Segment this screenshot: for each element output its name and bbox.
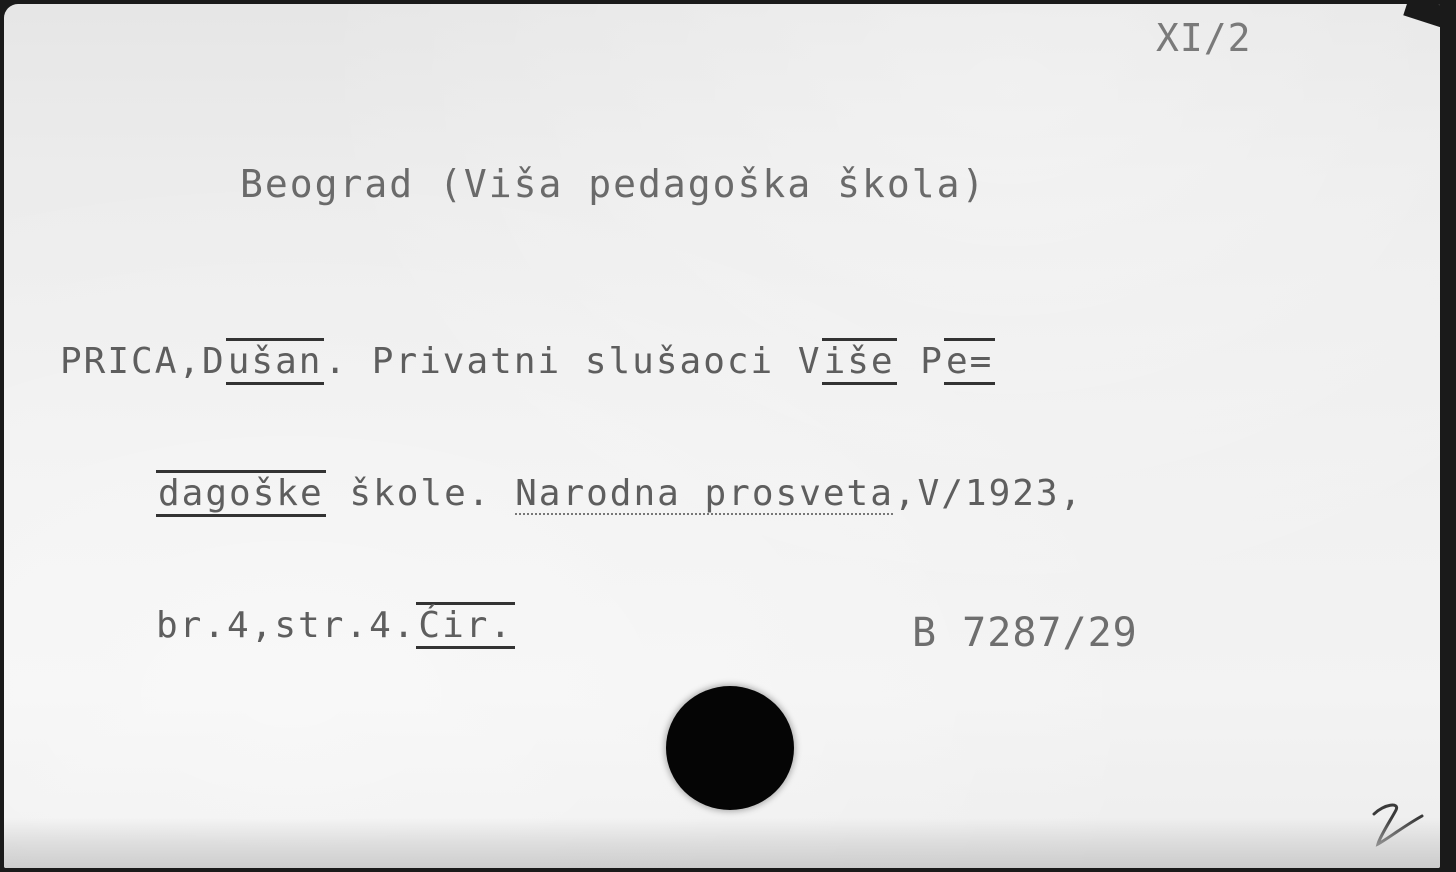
title-part-1: . Privatni slušaoci V	[324, 341, 821, 382]
title-supplied-2-end: dagoške	[156, 470, 326, 517]
subject-heading: Beograd (Viša pedagoška škola)	[240, 162, 986, 206]
title-part-2: P	[897, 341, 944, 382]
author-surname: PRICA,D	[60, 341, 226, 382]
card-bottom-edge	[4, 818, 1440, 868]
punch-hole	[666, 686, 794, 810]
entry-line-1: PRICA,Dušan. Privatni slušaoci Više Pe=	[60, 340, 1083, 384]
call-number-top: XI/2	[1156, 16, 1252, 60]
catalog-card: XI/2 Beograd (Viša pedagoška škola) PRIC…	[4, 4, 1440, 868]
shelfmark: B 7287/29	[912, 610, 1138, 656]
title-supplied-1: iše	[822, 338, 897, 385]
script-note: Ćir.	[416, 602, 515, 649]
journal-volume-year: ,V/1923,	[894, 473, 1083, 514]
journal-title: Narodna prosveta	[515, 473, 894, 514]
bibliographic-entry: PRICA,Dušan. Privatni slušaoci Više Pe= …	[60, 252, 1083, 736]
title-rest: škole.	[326, 473, 515, 514]
entry-line-2: dagoške škole. Narodna prosveta,V/1923,	[60, 472, 1083, 516]
issue-page: br.4,str.4.	[156, 605, 416, 646]
title-supplied-2: e=	[944, 338, 995, 385]
author-supplied-name: ušan	[226, 338, 325, 385]
card-corner-shadow	[1403, 4, 1440, 28]
